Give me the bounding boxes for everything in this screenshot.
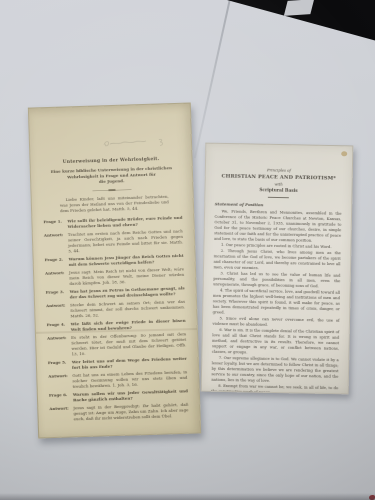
answer-label: Antwort: [45,270,70,287]
answer-text: Es steht in der Offenbarung: So jemand m… [71,331,187,357]
answer-text: Stecke dein Schwert an seinen Ort; denn … [70,299,185,319]
answer-text: Gott hat uns zu einem Leben des Friedens… [72,369,187,389]
principle-item: 6. War is sin. It is the complete denial… [212,327,340,357]
qa-row: Frage 6. Warum sollen wir uns jeder Gewa… [49,388,188,403]
principle-item: 8. Exempt from war we cannot be; we seek… [211,383,338,395]
backdrop-seam [194,0,232,158]
answer-text: Jesus sagt: Mein Reich ist nicht von die… [69,266,184,286]
pencil-inscription [100,136,175,149]
qa-row: Antwort: Jesus sagt: Mein Reich ist nich… [45,266,184,287]
principle-item: 3. Christ has led us to see the value of… [213,270,340,289]
tract-subtitle: Scriptural Basis [215,187,342,194]
question-label: Frage 5. [48,359,72,371]
principle-item: 4. The spirit of sacrificial service, lo… [213,287,341,317]
question-label: Frage 6. [49,392,73,404]
qa-row: Frage 3. Was hat Jesus zu Petrus in Geth… [46,285,185,300]
section-heading: Statement of Position [215,201,342,208]
answer-label: Antwort: [47,335,72,358]
dark-corner-shadow [224,0,375,44]
tract-main-title: CHRISTIAN PEACE AND PATRIOTISM* [215,173,342,181]
qa-row: Frage 4. Wie läßt sich der ewige Friede … [47,318,186,333]
red-speck [369,495,375,500]
qa-row: Antwort: Trachtet am ersten nach dem Rei… [44,228,184,254]
german-tract-paper: Unterweisung in der Wehrlosigkeit. Eine … [28,103,201,439]
question-text: Wer leitet uns auf dem Wege des Friedens… [72,356,187,371]
english-tract-content: Principles of CHRISTIAN PEACE AND PATRIO… [202,144,353,394]
opening-paragraph: We, Friends, Brethren and Mennonites, as… [214,208,342,243]
question-label: Frage 1. [43,218,67,230]
german-tract-content: Unterweisung in der Wehrlosigkeit. Eine … [29,104,200,438]
answer-label: Antwort: [49,405,74,422]
question-text: Was hat Jesus zu Petrus in Gethsemane ge… [70,285,185,300]
tract-intro: Liebe Kinder, laßt uns miteinander betra… [43,193,182,214]
qa-row: Frage 1. Wie sollt ihr beleidigende Brüd… [43,215,182,230]
question-text: Warum sollen wir uns jeder Gewalttätigke… [73,388,188,403]
divider-rule [268,197,289,198]
qa-row: Frage 5. Wer leitet uns auf dem Wege des… [48,356,187,371]
tract-title: Unterweisung in der Wehrlosigkeit. [42,156,181,165]
question-text: Wie läßt sich der ewige Friede in dieser… [71,318,186,333]
principle-item: 2. Through Jesus Christ, who lives among… [213,248,340,272]
question-label: Frage 3. [46,289,70,301]
question-label: Frage 4. [47,321,71,333]
qa-row: Antwort: Jesus sagt in der Bergpredigt: … [49,402,188,423]
english-tract-paper: Principles of CHRISTIAN PEACE AND PATRIO… [201,143,354,395]
question-text: Wie sollt ihr beleidigende Brüder, eure … [67,215,182,230]
question-text: Warum können Jesu Jünger das Reich Gotte… [69,253,184,268]
qa-row: Antwort: Stecke dein Schwert an seinen O… [46,299,185,320]
principle-item: 7. Our supreme allegiance is to God. We … [211,355,339,385]
ornament-rule [92,189,131,191]
answer-text: Jesus sagt in der Bergpredigt: Ihr habt … [73,402,188,422]
answer-label: Antwort: [44,232,69,255]
answer-text: Trachtet am ersten nach dem Reiche Gotte… [68,228,184,254]
qa-row: Frage 2. Warum können Jesu Jünger das Re… [45,253,184,268]
photo-scene: Unterweisung in der Wehrlosigkeit. Eine … [0,0,375,500]
background-object [284,0,314,16]
question-label: Frage 2. [45,256,69,268]
qa-row: Antwort: Gott hat uns zu einem Leben des… [48,369,187,390]
answer-label: Antwort: [48,373,73,390]
answer-label: Antwort: [46,302,71,319]
qa-row: Antwort: Es steht in der Offenbarung: So… [47,331,187,357]
